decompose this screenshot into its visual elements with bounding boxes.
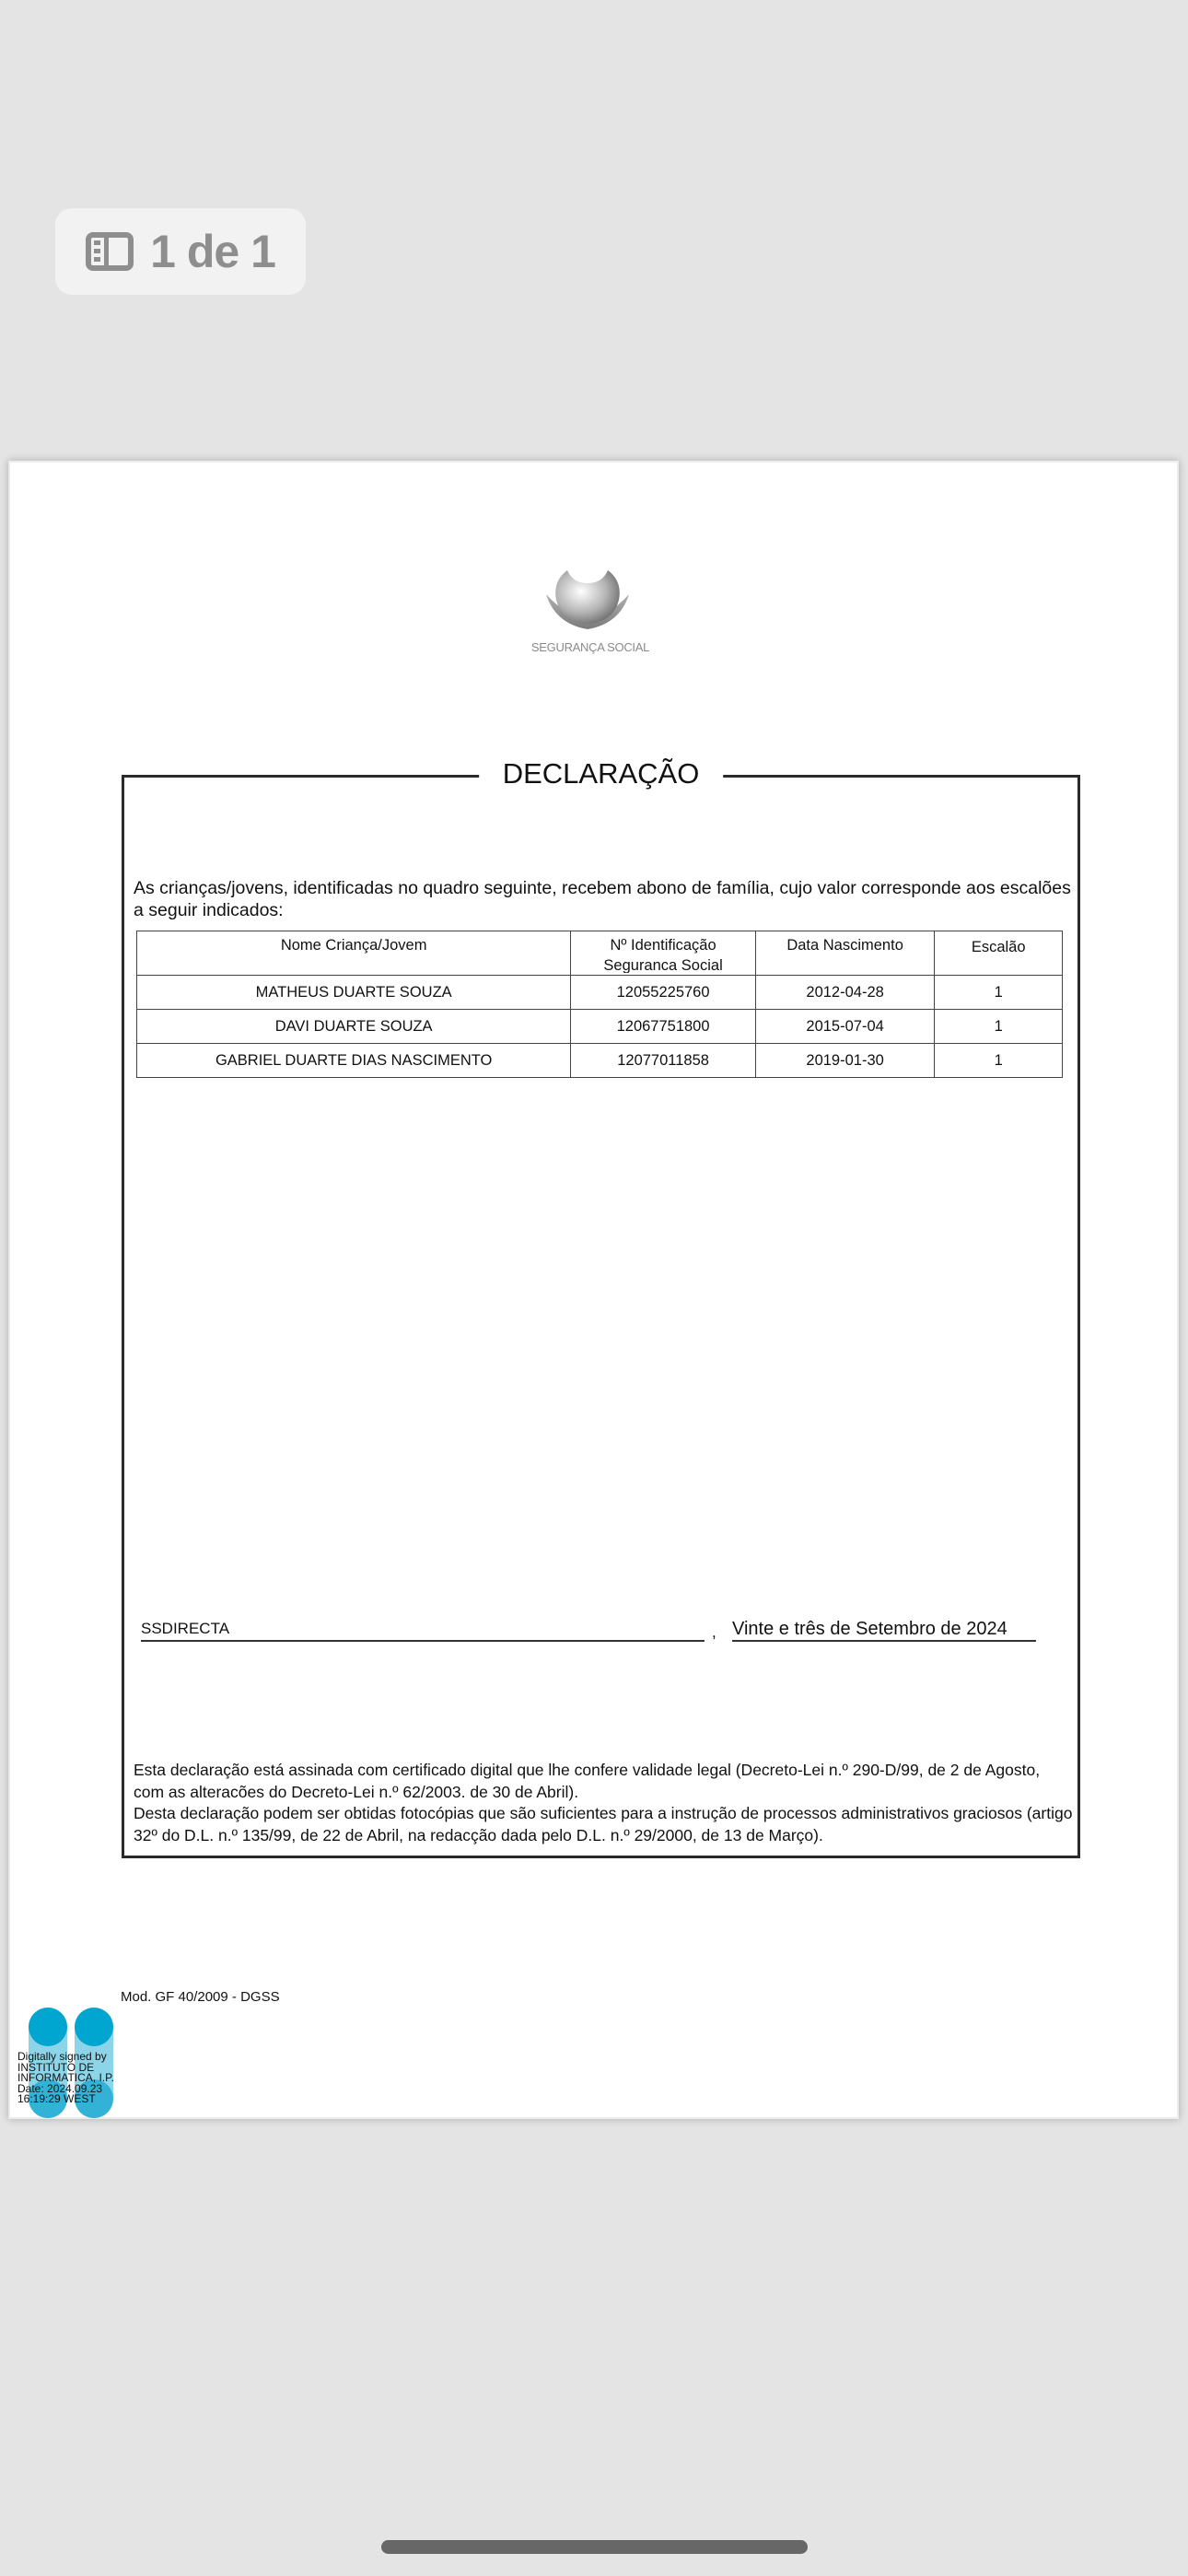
declaration-box: DECLARAÇÃO As crianças/jovens, identific… [122, 775, 1080, 1858]
seguranca-social-logo: SEGURANÇA SOCIAL [521, 567, 659, 659]
comma-separator: , [712, 1623, 716, 1642]
declaration-title: DECLARAÇÃO [479, 757, 724, 790]
table-row: GABRIEL DUARTE DIAS NASCIMENTO1207701185… [137, 1044, 1063, 1078]
table-header-row: Nome Criança/Jovem Nº Identificação Segu… [137, 931, 1063, 976]
header-name: Nome Criança/Jovem [137, 931, 571, 976]
logo-emblem-icon [542, 567, 634, 633]
home-indicator[interactable] [381, 2540, 808, 2554]
intro-text: As crianças/jovens, identificadas no qua… [134, 877, 1073, 921]
cell-name: GABRIEL DUARTE DIAS NASCIMENTO [137, 1044, 571, 1078]
cell-name: DAVI DUARTE SOUZA [137, 1010, 571, 1044]
cell-birth-date: 2019-01-30 [755, 1044, 935, 1078]
cell-ss-number: 12077011858 [571, 1044, 756, 1078]
table-row: DAVI DUARTE SOUZA120677518002015-07-041 [137, 1010, 1063, 1044]
header-escalao: Escalão [935, 931, 1063, 976]
signature-text: Digitally signed by INSTITUTO DE INFORMA… [17, 2052, 114, 2105]
cell-name: MATHEUS DUARTE SOUZA [137, 976, 571, 1010]
cell-birth-date: 2015-07-04 [755, 1010, 935, 1044]
place-field: SSDIRECTA [141, 1618, 705, 1642]
model-code: Mod. GF 40/2009 - DGSS [121, 1989, 280, 2005]
cell-ss-number: 12055225760 [571, 976, 756, 1010]
legal-paragraph-1: Esta declaração está assinada com certif… [134, 1760, 1073, 1803]
sidebar-icon [86, 232, 134, 271]
page-indicator[interactable]: 1 de 1 [55, 208, 306, 295]
pdf-page: SEGURANÇA SOCIAL DECLARAÇÃO As crianças/… [8, 461, 1179, 2119]
date-field: Vinte e três de Setembro de 2024 [732, 1618, 1036, 1642]
legal-paragraph-2: Desta declaração podem ser obtidas fotoc… [134, 1803, 1073, 1846]
cell-escalao: 1 [935, 1010, 1063, 1044]
page-count-label: 1 de 1 [150, 225, 275, 278]
cell-ss-number: 12067751800 [571, 1010, 756, 1044]
digital-signature-stamp[interactable]: Digitally signed by INSTITUTO DE INFORMA… [14, 2008, 124, 2122]
cell-escalao: 1 [935, 976, 1063, 1010]
header-ss-number: Nº Identificação Seguranca Social [571, 931, 756, 976]
table-row: MATHEUS DUARTE SOUZA120552257602012-04-2… [137, 976, 1063, 1010]
children-table: Nome Criança/Jovem Nº Identificação Segu… [136, 931, 1063, 1078]
cell-escalao: 1 [935, 1044, 1063, 1078]
cell-birth-date: 2012-04-28 [755, 976, 935, 1010]
logo-caption: SEGURANÇA SOCIAL [521, 640, 659, 654]
header-birth-date: Data Nascimento [755, 931, 935, 976]
legal-notice: Esta declaração está assinada com certif… [134, 1760, 1073, 1846]
